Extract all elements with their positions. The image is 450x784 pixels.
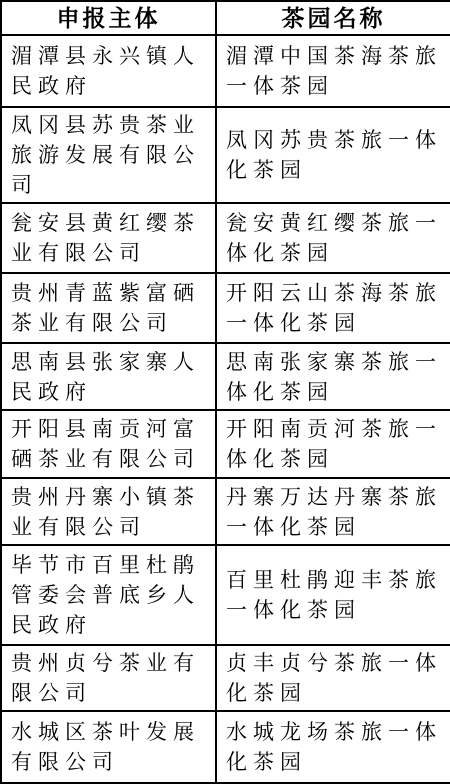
- garden-name-cell: 思南张家寨茶旅一体化茶园: [216, 343, 450, 410]
- table-row: 开阳县南贡河富硒茶业有限公司 开阳南贡河茶旅一体化茶园: [1, 410, 450, 478]
- garden-name-cell: 开阳南贡河茶旅一体化茶园: [216, 410, 450, 478]
- applicant-cell: 贵州贞兮茶业有限公司: [1, 645, 216, 711]
- table-row: 水城区茶叶发展有限公司 水城龙场茶旅一体化茶园: [1, 711, 450, 783]
- table-header-row: 申报主体 茶园名称: [1, 1, 450, 35]
- applicant-cell: 贵州青蓝紫富硒茶业有限公司: [1, 273, 216, 343]
- applicant-cell: 湄潭县永兴镇人民政府: [1, 35, 216, 107]
- garden-name-cell: 百里杜鹃迎丰茶旅一体化茶园: [216, 545, 450, 645]
- table-row: 凤冈县苏贵茶业旅游发展有限公司 凤冈苏贵茶旅一体化茶园: [1, 107, 450, 203]
- applicant-cell: 水城区茶叶发展有限公司: [1, 711, 216, 783]
- column-header-applicant: 申报主体: [1, 1, 216, 35]
- garden-name-cell: 湄潭中国茶海茶旅一体茶园: [216, 35, 450, 107]
- table-row: 贵州丹寨小镇茶业有限公司 丹寨万达丹寨茶旅一体化茶园: [1, 478, 450, 545]
- garden-name-cell: 瓮安黄红缨茶旅一体化茶园: [216, 203, 450, 273]
- applicant-cell: 贵州丹寨小镇茶业有限公司: [1, 478, 216, 545]
- garden-name-cell: 贞丰贞兮茶旅一体化茶园: [216, 645, 450, 711]
- applicant-cell: 瓮安县黄红缨茶业有限公司: [1, 203, 216, 273]
- table-body: 湄潭县永兴镇人民政府 湄潭中国茶海茶旅一体茶园 凤冈县苏贵茶业旅游发展有限公司 …: [1, 35, 450, 783]
- garden-name-cell: 凤冈苏贵茶旅一体化茶园: [216, 107, 450, 203]
- applicant-cell: 开阳县南贡河富硒茶业有限公司: [1, 410, 216, 478]
- table-row: 贵州青蓝紫富硒茶业有限公司 开阳云山茶海茶旅一体化茶园: [1, 273, 450, 343]
- applicant-cell: 思南县张家寨人民政府: [1, 343, 216, 410]
- table-row: 思南县张家寨人民政府 思南张家寨茶旅一体化茶园: [1, 343, 450, 410]
- table-row: 湄潭县永兴镇人民政府 湄潭中国茶海茶旅一体茶园: [1, 35, 450, 107]
- table-row: 毕节市百里杜鹃管委会普底乡人民政府 百里杜鹃迎丰茶旅一体化茶园: [1, 545, 450, 645]
- table-row: 贵州贞兮茶业有限公司 贞丰贞兮茶旅一体化茶园: [1, 645, 450, 711]
- garden-name-cell: 丹寨万达丹寨茶旅一体化茶园: [216, 478, 450, 545]
- table-row: 瓮安县黄红缨茶业有限公司 瓮安黄红缨茶旅一体化茶园: [1, 203, 450, 273]
- garden-name-cell: 水城龙场茶旅一体化茶园: [216, 711, 450, 783]
- applicant-cell: 凤冈县苏贵茶业旅游发展有限公司: [1, 107, 216, 203]
- applicant-cell: 毕节市百里杜鹃管委会普底乡人民政府: [1, 545, 216, 645]
- tea-garden-declaration-table: 申报主体 茶园名称 湄潭县永兴镇人民政府 湄潭中国茶海茶旅一体茶园 凤冈县苏贵茶…: [0, 0, 450, 784]
- garden-name-cell: 开阳云山茶海茶旅一体化茶园: [216, 273, 450, 343]
- column-header-garden-name: 茶园名称: [216, 1, 450, 35]
